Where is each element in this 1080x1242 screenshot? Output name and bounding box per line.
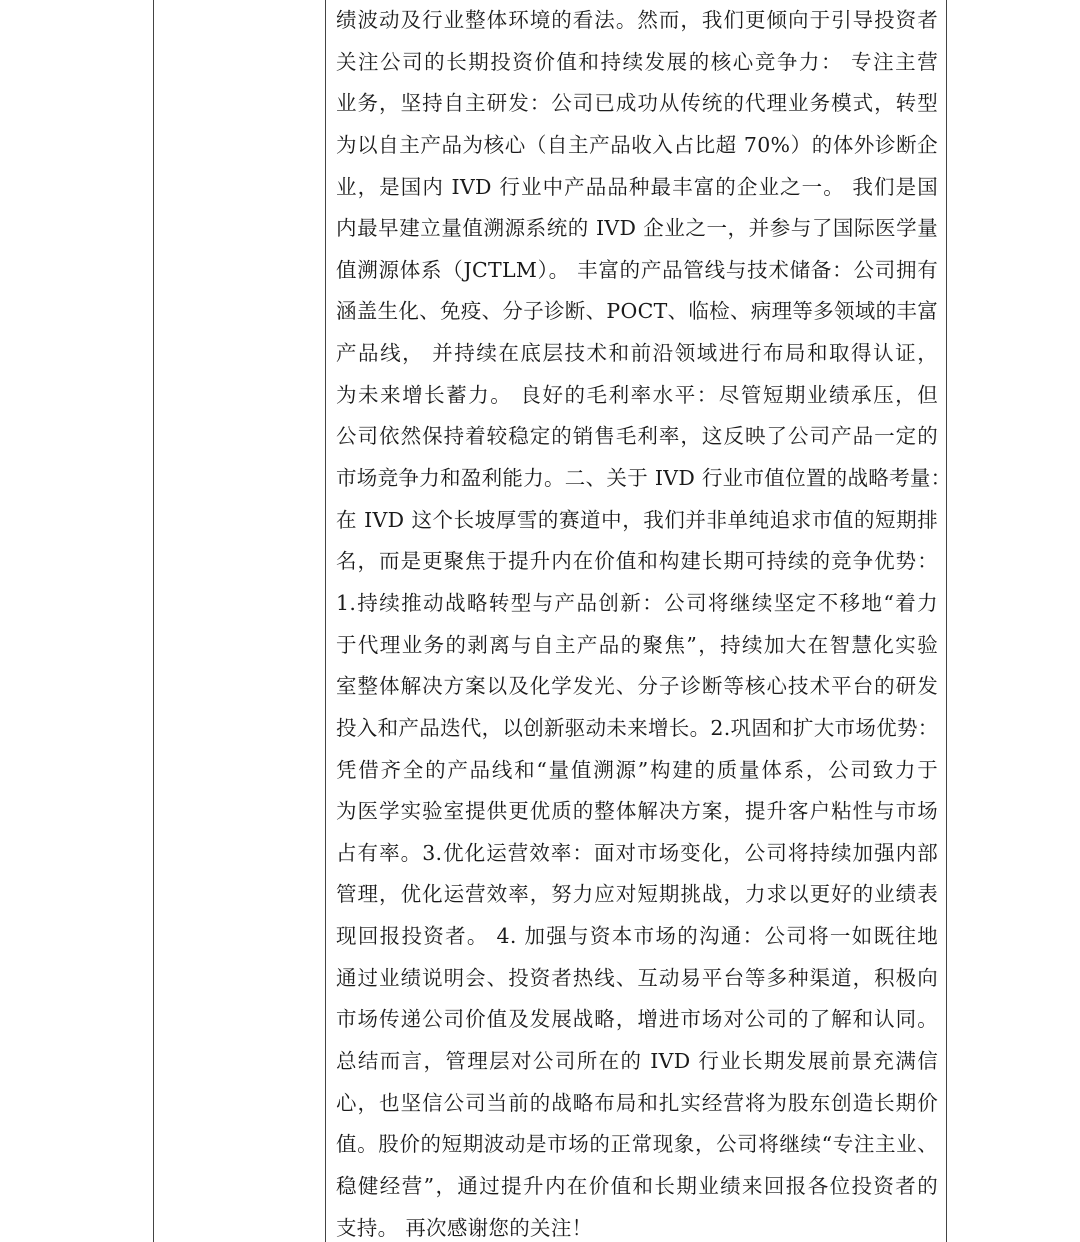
answer-line: 产品线， 并持续在底层技术和前沿领域进行布局和取得认证，: [336, 333, 938, 375]
answer-line: 公司依然保持着较稳定的销售毛利率，这反映了公司产品一定的: [336, 416, 938, 458]
qa-table: 绩波动及行业整体环境的看法。然而，我们更倾向于引导投资者 关注公司的长期投资价值…: [153, 0, 947, 1242]
answer-line: 凭借齐全的产品线和“量值溯源”构建的质量体系，公司致力于: [336, 750, 938, 792]
answer-text: 绩波动及行业整体环境的看法。然而，我们更倾向于引导投资者 关注公司的长期投资价值…: [336, 0, 938, 1242]
answer-line: 占有率。3.优化运营效率：面对市场变化，公司将持续加强内部: [336, 833, 938, 875]
answer-line: 为以自主产品为核心（自主产品收入占比超 70%）的体外诊断企: [336, 125, 938, 167]
answer-line: 室整体解决方案以及化学发光、分子诊断等核心技术平台的研发: [336, 666, 938, 708]
answer-line: 业，是国内 IVD 行业中产品品种最丰富的企业之一。 我们是国: [336, 167, 938, 209]
answer-line: 现回报投资者。 4. 加强与资本市场的沟通：公司将一如既往地: [336, 916, 938, 958]
answer-line: 支持。 再次感谢您的关注！: [336, 1208, 938, 1242]
answer-line: 于代理业务的剥离与自主产品的聚焦”，持续加大在智慧化实验: [336, 625, 938, 667]
table-left-column: [153, 0, 326, 1242]
answer-line: 在 IVD 这个长坡厚雪的赛道中，我们并非单纯追求市值的短期排: [336, 500, 938, 542]
answer-line: 投入和产品迭代，以创新驱动未来增长。2.巩固和扩大市场优势：: [336, 708, 938, 750]
answer-line: 关注公司的长期投资价值和持续发展的核心竞争力： 专注主营: [336, 42, 938, 84]
answer-line: 绩波动及行业整体环境的看法。然而，我们更倾向于引导投资者: [336, 0, 938, 42]
answer-line: 1.持续推动战略转型与产品创新：公司将继续坚定不移地“着力: [336, 583, 938, 625]
answer-line: 值溯源体系（JCTLM）。 丰富的产品管线与技术储备：公司拥有: [336, 250, 938, 292]
answer-line: 市场传递公司价值及发展战略，增进市场对公司的了解和认同。: [336, 999, 938, 1041]
answer-line: 通过业绩说明会、投资者热线、互动易平台等多种渠道，积极向: [336, 958, 938, 1000]
answer-line: 总结而言，管理层对公司所在的 IVD 行业长期发展前景充满信: [336, 1041, 938, 1083]
answer-line: 业务，坚持自主研发：公司已成功从传统的代理业务模式，转型: [336, 83, 938, 125]
answer-line: 管理，优化运营效率，努力应对短期挑战，力求以更好的业绩表: [336, 874, 938, 916]
answer-line: 为医学实验室提供更优质的整体解决方案，提升客户粘性与市场: [336, 791, 938, 833]
answer-line: 稳健经营”，通过提升内在价值和长期业绩来回报各位投资者的: [336, 1166, 938, 1208]
answer-line: 市场竞争力和盈利能力。二、关于 IVD 行业市值位置的战略考量：: [336, 458, 938, 500]
answer-line: 为未来增长蓄力。 良好的毛利率水平：尽管短期业绩承压，但: [336, 375, 938, 417]
answer-line: 名，而是更聚焦于提升内在价值和构建长期可持续的竞争优势：: [336, 541, 938, 583]
table-answer-cell: 绩波动及行业整体环境的看法。然而，我们更倾向于引导投资者 关注公司的长期投资价值…: [326, 0, 947, 1242]
answer-line: 涵盖生化、免疫、分子诊断、POCT、临检、病理等多领域的丰富: [336, 291, 938, 333]
answer-line: 值。股价的短期波动是市场的正常现象，公司将继续“专注主业、: [336, 1124, 938, 1166]
answer-line: 内最早建立量值溯源系统的 IVD 企业之一，并参与了国际医学量: [336, 208, 938, 250]
answer-line: 心，也坚信公司当前的战略布局和扎实经营将为股东创造长期价: [336, 1083, 938, 1125]
